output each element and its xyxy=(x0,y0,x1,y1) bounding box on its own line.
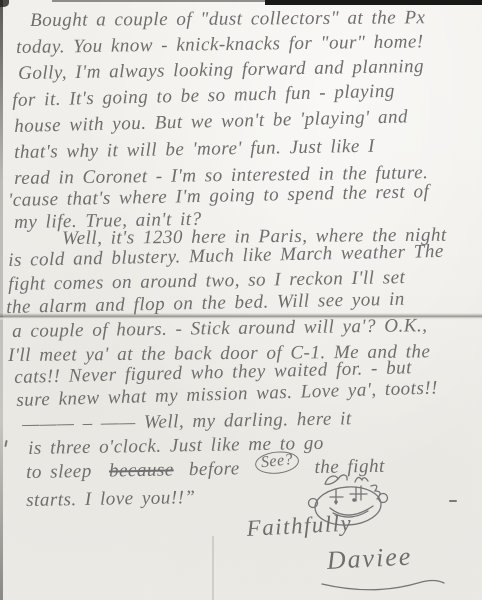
line-text: before xyxy=(189,458,240,480)
scan-corner-notch xyxy=(0,0,9,7)
letter-line: house with you. But we won't be 'playing… xyxy=(14,106,408,138)
swash-underline-icon xyxy=(318,574,448,596)
letter-line: starts. I love you!!” xyxy=(26,487,196,512)
letter-line: today. You know - knick-knacks for "our"… xyxy=(16,31,424,59)
signature: Daviee xyxy=(326,542,413,576)
stray-pencil-mark xyxy=(4,440,7,447)
letter-page: Bought a couple of "dust collectors" at … xyxy=(0,0,482,600)
scan-edge-top-thin xyxy=(52,0,267,2)
fold-crease-vertical xyxy=(212,536,214,600)
letter-line: ——— – —— Well, my darling. here it xyxy=(22,408,352,436)
circled-word: See? xyxy=(254,449,300,475)
letter-line: Bought a couple of "dust collectors" at … xyxy=(30,7,426,32)
line-text: to sleep xyxy=(26,461,92,483)
scan-edge-left xyxy=(0,0,3,600)
letter-line: that's why it will be 'more' fun. Just l… xyxy=(14,136,375,164)
letter-closing: Faithfully xyxy=(246,510,353,541)
signature-flourish xyxy=(318,574,448,596)
letter-line: a couple of hours. - Stick around will y… xyxy=(12,315,428,343)
scan-edge-top-bar xyxy=(265,0,482,5)
struck-word: because xyxy=(109,459,174,481)
stray-pencil-mark xyxy=(449,500,457,502)
